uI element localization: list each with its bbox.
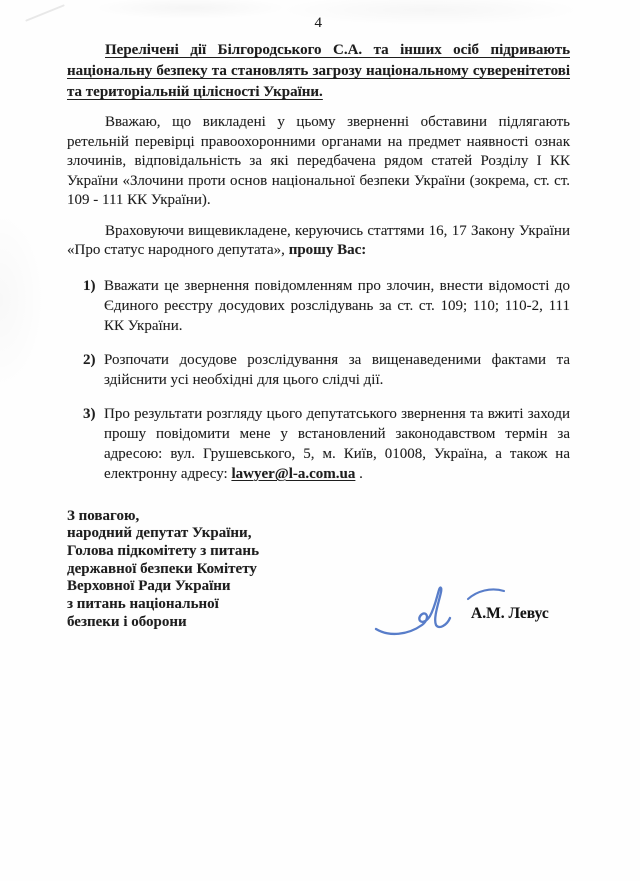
signature-block: З повагою, народний депутат України, Гол… (67, 508, 570, 698)
page-number: 4 (67, 13, 570, 33)
request-marker: 2) (83, 350, 104, 390)
request-intro-paragraph: Враховуючи вищевикладене, керуючись стат… (67, 222, 570, 261)
request-marker: 3) (83, 404, 104, 484)
request-list: 1) Вважати це звернення повідомленням пр… (67, 276, 570, 484)
request-text: Про результати розгляду цього депутатськ… (104, 404, 570, 484)
scan-artifact (25, 4, 65, 22)
document-page: 4 Перелічені дії Білгородського С.А. та … (0, 0, 640, 881)
request-item-2: 2) Розпочати досудове розслідування за в… (83, 350, 570, 390)
request-item-1: 1) Вважати це звернення повідомленням пр… (83, 276, 570, 336)
signer-name: А.М. Левус (471, 605, 549, 623)
request-item-3: 3) Про результати розгляду цього депутат… (83, 404, 570, 484)
request-text-after-email: . (355, 466, 363, 482)
lead-paragraph: Перелічені дії Білгородського С.А. та ін… (67, 40, 570, 103)
request-text: Вважати це звернення повідомленням про з… (104, 276, 570, 336)
closing-line: державної безпеки Комітету (67, 561, 570, 579)
closing-line: З повагою, (67, 508, 570, 526)
request-intro-bold-text: прошу Вас: (289, 242, 367, 258)
request-marker: 1) (83, 276, 104, 336)
email-address: lawyer@l-a.com.ua (231, 466, 355, 482)
assessment-paragraph: Вважаю, що викладені у цьому зверненні о… (67, 113, 570, 211)
request-text: Розпочати досудове розслідування за вище… (104, 350, 570, 390)
closing-line: народний депутат України, (67, 525, 570, 543)
signature-area: А.М. Левус (373, 582, 613, 646)
closing-line: Голова підкомітету з питань (67, 543, 570, 561)
